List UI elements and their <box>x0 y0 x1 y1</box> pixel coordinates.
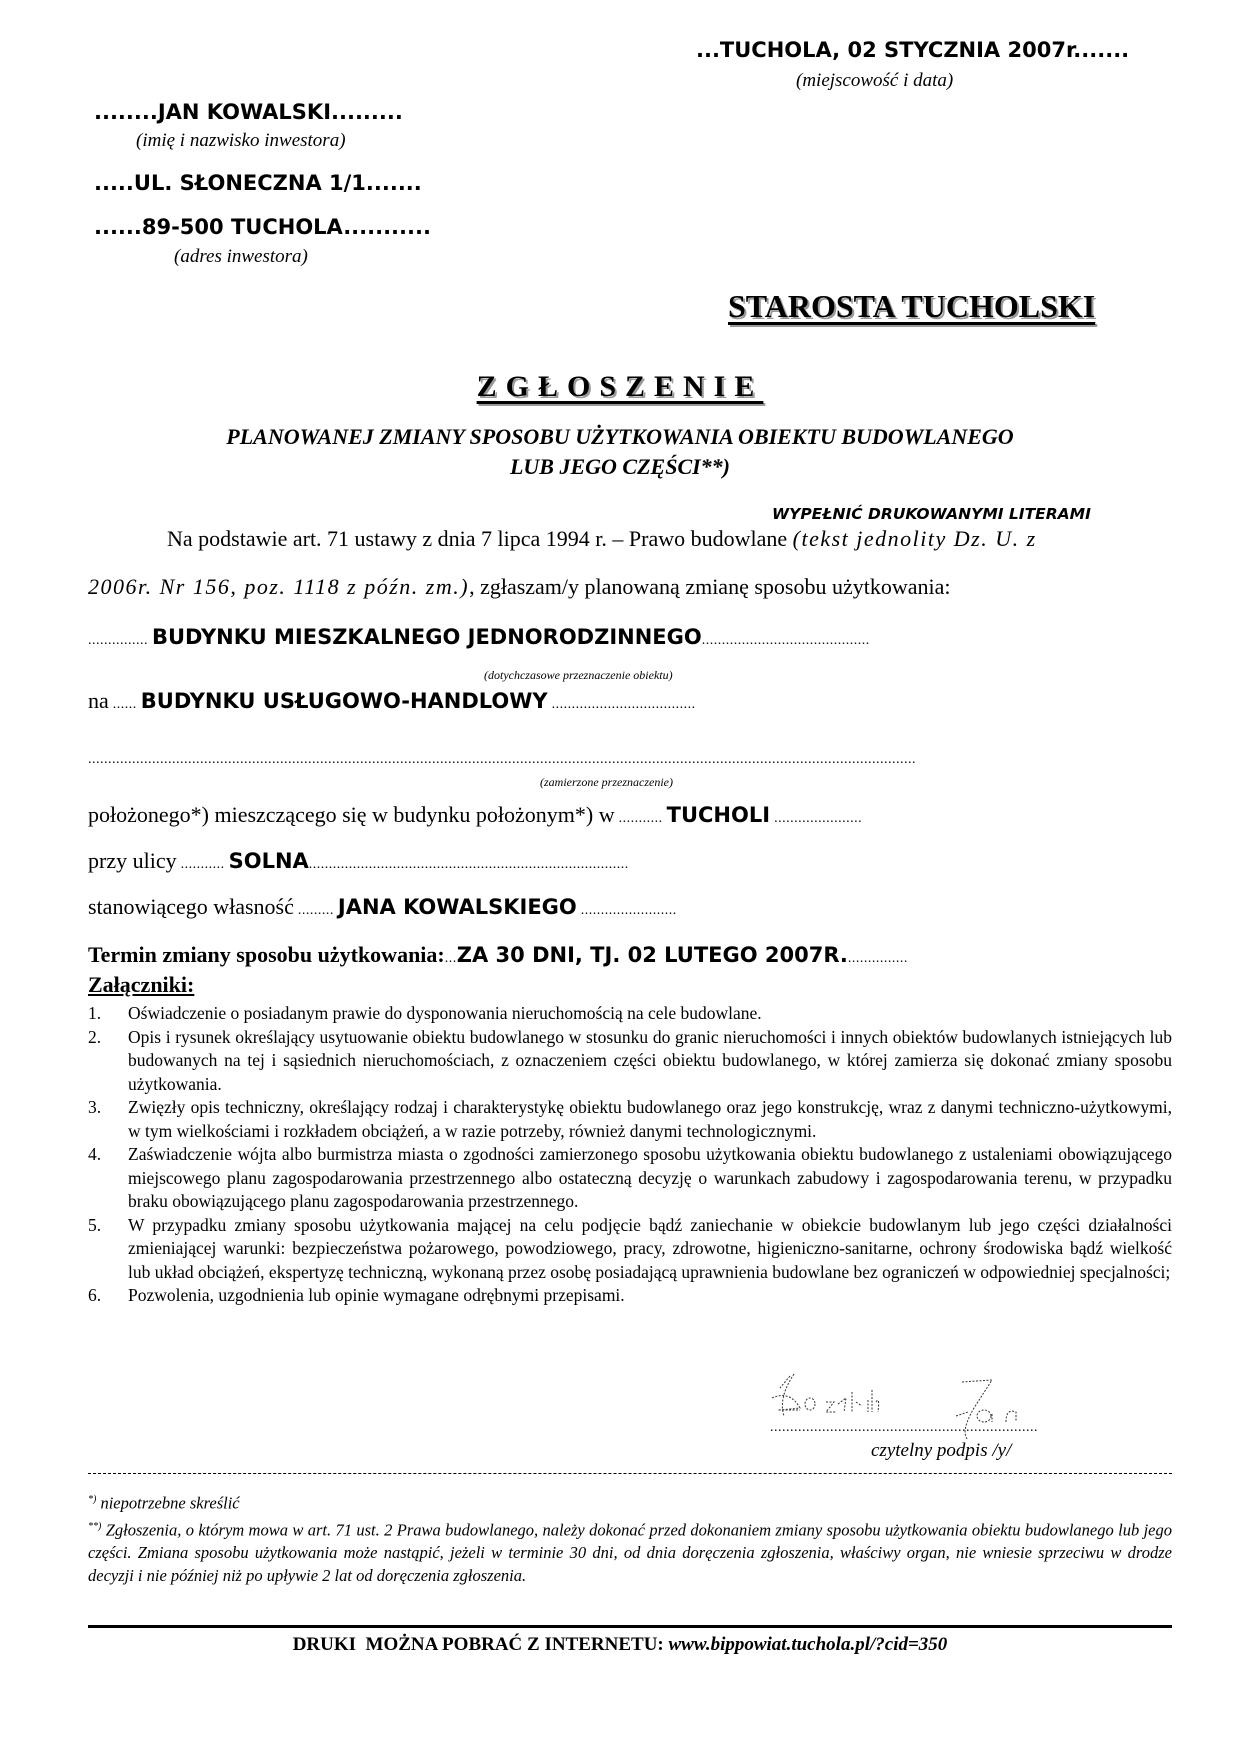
street-label: przy ulicy <box>88 848 177 873</box>
deadline-field[interactable]: ZA 30 DNI, TJ. 02 LUTEGO 2007R. <box>457 943 848 967</box>
item-number: 3. <box>88 1096 101 1120</box>
owner-row: stanowiącego własność ......... JANA KOW… <box>88 894 677 920</box>
intro-italic-1: (tekst jednolity Dz. U. z <box>793 526 1037 551</box>
item-text: Opis i rysunek określający usytuowanie o… <box>128 1027 1172 1094</box>
attachments-list: 1.Oświadczenie o posiadanym prawie do dy… <box>88 1002 1172 1308</box>
intended-use-label: na <box>88 688 109 713</box>
item-text: Pozwolenia, uzgodnienia lub opinie wymag… <box>128 1285 625 1305</box>
attachments-heading: Załączniki: <box>88 972 194 998</box>
dots: ......... <box>298 903 334 918</box>
fill-instruction: WYPEŁNIĆ DRUKOWANYMI LITERAMI <box>772 505 1091 523</box>
item-text: Zwięzły opis techniczny, określający rod… <box>128 1097 1172 1141</box>
item-text: Zaświadczenie wójta albo burmistrza mias… <box>128 1144 1172 1211</box>
street-row: przy ulicy ........... SOLNA............… <box>88 848 629 874</box>
attachment-item: 4.Zaświadczenie wójta albo burmistrza mi… <box>88 1143 1172 1214</box>
dots: ........................ <box>581 903 677 918</box>
item-number: 6. <box>88 1284 101 1308</box>
signature-caption: czytelny podpis /y/ <box>871 1440 1011 1462</box>
attachment-item: 6.Pozwolenia, uzgodnienia lub opinie wym… <box>88 1284 1172 1308</box>
investor-name-field[interactable]: ........JAN KOWALSKI......... <box>94 100 403 124</box>
item-number: 5. <box>88 1214 101 1238</box>
owner-label: stanowiącego własność <box>88 894 294 919</box>
investor-name-caption: (imię i nazwisko inwestora) <box>136 130 346 152</box>
investor-city-field[interactable]: ......89-500 TUCHOLA........... <box>94 215 431 239</box>
dots: .................................... <box>552 697 696 712</box>
dots: ........................................… <box>309 857 629 872</box>
footer-link[interactable]: www.bippowiat.tuchola.pl/?cid=350 <box>669 1634 948 1655</box>
investor-street-field[interactable]: .....UL. SŁONECZNA 1/1....... <box>94 171 422 195</box>
intro-line-2: 2006r. Nr 156, poz. 1118 z późn. zm.), z… <box>88 574 950 600</box>
place-date-caption: (miejscowość i data) <box>796 70 953 92</box>
street-field[interactable]: SOLNA <box>229 849 309 873</box>
subtitle-line-2: LUB JEGO CZĘŚCI**) <box>0 454 1240 480</box>
intro-plain-2: , zgłaszam/y planowaną zmianę sposobu uż… <box>469 574 950 599</box>
item-text: Oświadczenie o posiadanym prawie do dysp… <box>128 1003 762 1023</box>
location-label: położonego*) mieszczącego się w budynku … <box>88 802 615 827</box>
intro-italic-2: 2006r. Nr 156, poz. 1118 z późn. zm.) <box>88 574 469 599</box>
place-date-field[interactable]: ...TUCHOLA, 02 STYCZNIA 2007r....... <box>696 38 1129 62</box>
footnote-2: **) Zgłoszenia, o którym mowa w art. 71 … <box>88 1515 1172 1588</box>
item-text: W przypadku zmiany sposobu użytkowania m… <box>128 1215 1172 1282</box>
current-use-row: ............... BUDYNKU MIESZKALNEGO JED… <box>88 625 870 649</box>
attachment-item: 5.W przypadku zmiany sposobu użytkowania… <box>88 1214 1172 1285</box>
current-use-field[interactable]: BUDYNKU MIESZKALNEGO JEDNORODZINNEGO <box>152 625 702 649</box>
footnote-text: Zgłoszenia, o którym mowa w art. 71 ust.… <box>88 1520 1172 1585</box>
item-number: 1. <box>88 1002 101 1026</box>
dots: ........................................… <box>702 633 870 648</box>
item-number: 4. <box>88 1143 101 1167</box>
dots: ............... <box>848 951 908 966</box>
dots: ...................... <box>774 811 862 826</box>
deadline-label: Termin zmiany sposobu użytkowania: <box>88 942 445 967</box>
location-field[interactable]: TUCHOLI <box>667 803 770 827</box>
footnote-text: niepotrzebne skreślić <box>96 1494 239 1513</box>
footer-label: DRUKI MOŻNA POBRAĆ Z INTERNETU: <box>293 1634 669 1655</box>
dots: ........... <box>181 857 225 872</box>
dots: ........... <box>619 811 663 826</box>
dots: ... <box>445 951 457 966</box>
attachment-item: 2.Opis i rysunek określający usytuowanie… <box>88 1026 1172 1097</box>
location-row: położonego*) mieszczącego się w budynku … <box>88 802 862 828</box>
footer-divider <box>88 1625 1172 1628</box>
intro-line-1: Na podstawie art. 71 ustawy z dnia 7 lip… <box>167 526 1037 552</box>
intended-use-field[interactable]: BUDYNKU USŁUGOWO-HANDLOWY <box>141 689 548 713</box>
footnote-mark: **) <box>88 1521 101 1532</box>
footnote-divider <box>88 1473 1172 1474</box>
deadline-row: Termin zmiany sposobu użytkowania:...ZA … <box>88 942 908 968</box>
addressee-heading: STAROSTA TUCHOLSKI <box>728 288 1095 325</box>
attachment-item: 1.Oświadczenie o posiadanym prawie do dy… <box>88 1002 1172 1026</box>
footnote-1: *) niepotrzebne skreślić <box>88 1488 1172 1515</box>
item-number: 2. <box>88 1026 101 1050</box>
dots: ............... <box>88 633 148 648</box>
intended-use-row: na ...... BUDYNKU USŁUGOWO-HANDLOWY ....… <box>88 688 696 714</box>
document-title: ZGŁOSZENIE <box>0 370 1240 404</box>
intro-plain-1: Na podstawie art. 71 ustawy z dnia 7 lip… <box>167 526 793 551</box>
dots: ...... <box>113 697 137 712</box>
footnotes: *) niepotrzebne skreślić **) Zgłoszenia,… <box>88 1488 1172 1587</box>
attachment-item: 3.Zwięzły opis techniczny, określający r… <box>88 1096 1172 1143</box>
subtitle-line-1: PLANOWANEJ ZMIANY SPOSOBU UŻYTKOWANIA OB… <box>0 424 1240 450</box>
footer: DRUKI MOŻNA POBRAĆ Z INTERNETU: www.bipp… <box>0 1634 1240 1656</box>
intended-use-caption: (zamierzone przeznaczenie) <box>540 775 673 790</box>
signature-field[interactable]: ........................................… <box>770 1420 1038 1436</box>
owner-field[interactable]: JANA KOWALSKIEGO <box>338 895 577 919</box>
investor-address-caption: (adres inwestora) <box>174 246 308 268</box>
intended-use-extra-field[interactable]: ........................................… <box>88 752 1172 768</box>
current-use-caption: (dotychczasowe przeznaczenie obiektu) <box>484 668 673 683</box>
